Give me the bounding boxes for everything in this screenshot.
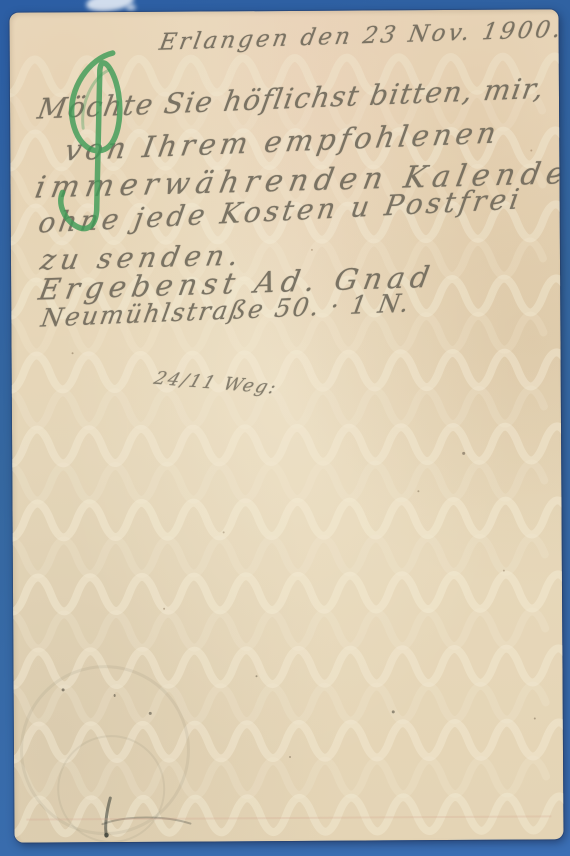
scanned-postcard-back: Erlangen den 23 Nov. 1900. Möchte Sie hö… <box>0 0 570 856</box>
paper-speck <box>503 570 505 572</box>
paper-speck <box>163 608 165 610</box>
paper-speck <box>72 352 74 354</box>
paper-speck <box>62 688 65 691</box>
paper-speck <box>392 710 395 713</box>
scanner-smudge-small <box>126 4 136 11</box>
paper-speck <box>289 756 291 758</box>
paper-speck <box>448 88 450 90</box>
paper-speck <box>223 531 225 533</box>
paper-speck <box>534 717 536 719</box>
ink-squiggle <box>9 9 563 842</box>
paper-speck <box>114 694 116 697</box>
paper-speck <box>417 490 419 492</box>
paper-speck <box>462 452 465 455</box>
postcard-paper: Erlangen den 23 Nov. 1900. Möchte Sie hö… <box>9 9 563 842</box>
paper-speck <box>256 675 258 677</box>
paper-speck <box>311 249 313 251</box>
paper-speck <box>149 712 152 715</box>
paper-speck <box>530 149 532 151</box>
